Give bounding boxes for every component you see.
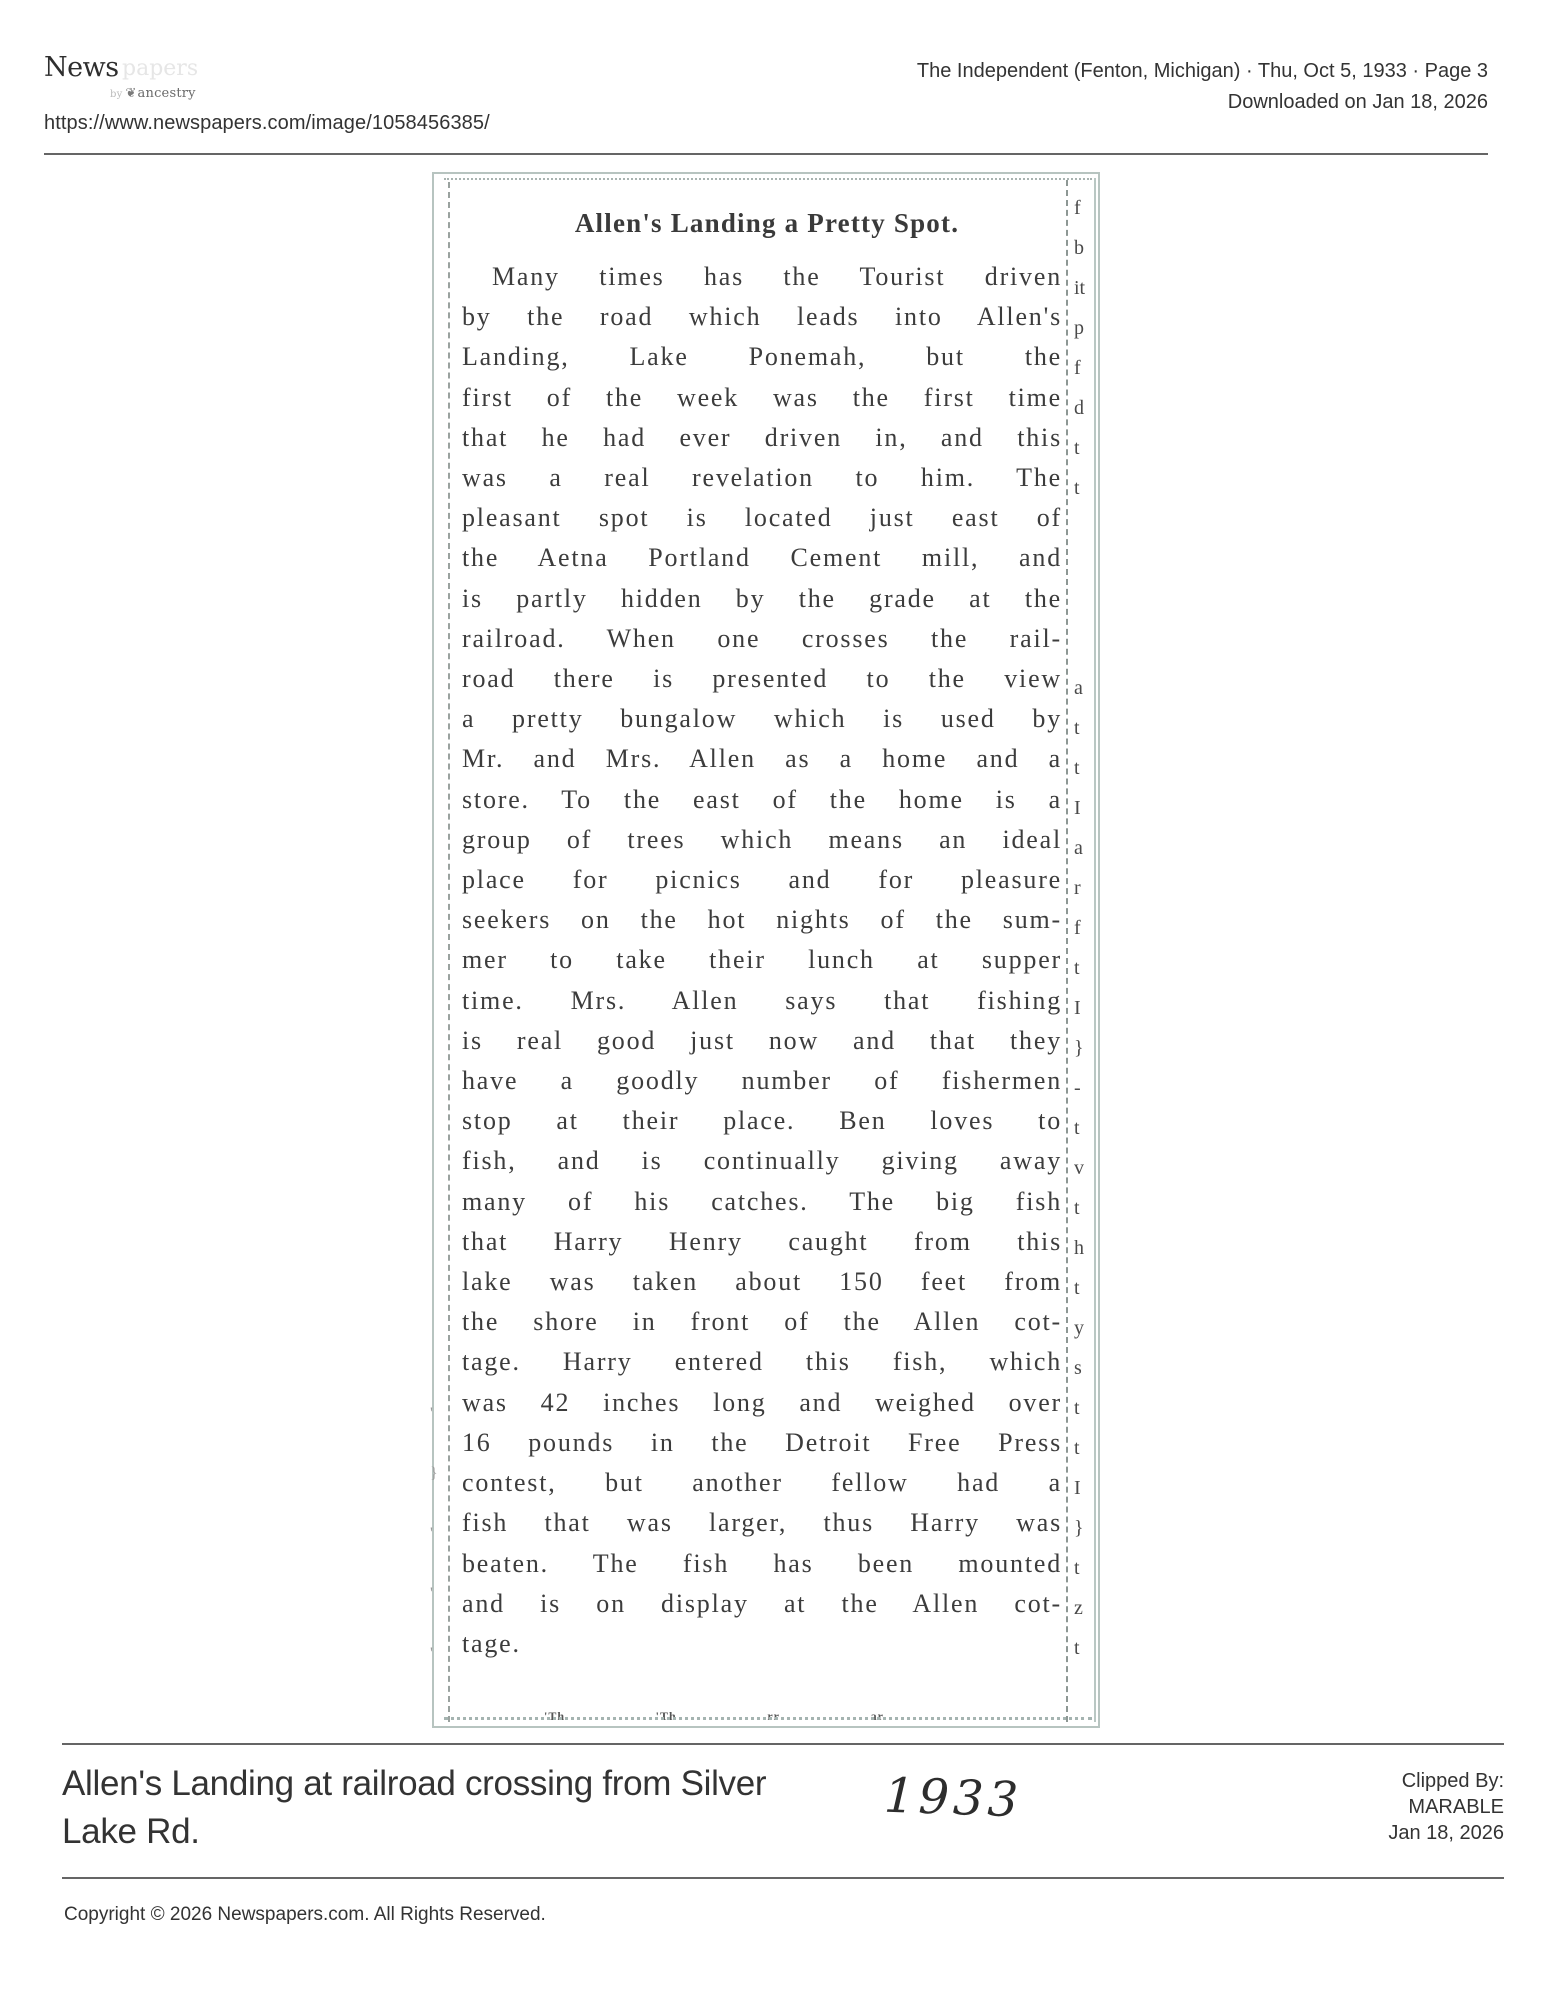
article-line: by the road which leads into Allen's (462, 297, 1062, 337)
article-line: Many times has the Tourist driven (462, 257, 1062, 297)
column-fragment: } (1074, 1508, 1092, 1548)
article-line: the shore in front of the Allen cot- (462, 1302, 1062, 1342)
logo-byline-prefix: by (110, 89, 122, 100)
adjacent-column-fragments: fbitpfdttattIarftI}-tvthtysttI}tzt (1074, 188, 1092, 1668)
edge-fragment: ' (430, 1504, 440, 1564)
newspapers-logo[interactable]: News papers by❦ancestry (44, 52, 244, 112)
article-line: beaten. The fish has been mounted (462, 1544, 1062, 1584)
clipping-caption: Allen's Landing at railroad crossing fro… (62, 1760, 782, 1856)
column-fragment: } (1074, 1028, 1092, 1068)
column-fragment: a (1074, 668, 1092, 708)
downloaded-date: Downloaded on Jan 18, 2026 (917, 87, 1488, 118)
article-line: tage. (462, 1624, 1062, 1664)
article: Allen's Landing a Pretty Spot. Many time… (462, 204, 1062, 1664)
newspaper-clipping: '}''' Allen's Landing a Pretty Spot. Man… (432, 172, 1100, 1728)
clipping-top-edge (444, 178, 1092, 180)
article-line: Mr. and Mrs. Allen as a home and a (462, 739, 1062, 779)
column-fragment: t (1074, 1188, 1092, 1228)
column-fragment: t (1074, 468, 1092, 508)
column-fragment (1074, 628, 1092, 668)
column-fragment: t (1074, 1428, 1092, 1468)
source-url[interactable]: https://www.newspapers.com/image/1058456… (44, 112, 490, 135)
article-line: have a goodly number of fishermen (462, 1061, 1062, 1101)
column-fragment: h (1074, 1228, 1092, 1268)
article-line: a pretty bungalow which is used by (462, 699, 1062, 739)
article-line: was a real revelation to him. The (462, 458, 1062, 498)
column-fragment: s (1074, 1348, 1092, 1388)
column-fragment: f (1074, 908, 1092, 948)
article-line: fish that was larger, thus Harry was (462, 1503, 1062, 1543)
article-line: that he had ever driven in, and this (462, 418, 1062, 458)
edge-fragment: ' (430, 1564, 440, 1624)
handwritten-year-note: 1933 (883, 1768, 1023, 1829)
edge-fragment: } (430, 1444, 440, 1504)
article-line: seekers on the hot nights of the sum- (462, 900, 1062, 940)
column-fragment (1074, 508, 1092, 548)
article-line: railroad. When one crosses the rail- (462, 619, 1062, 659)
article-line: road there is presented to the view (462, 659, 1062, 699)
article-line: and is on display at the Allen cot- (462, 1584, 1062, 1624)
article-line: stop at their place. Ben loves to (462, 1101, 1062, 1141)
column-fragment: t (1074, 748, 1092, 788)
publication-line: The Independent (Fenton, Michigan) · Thu… (917, 56, 1488, 87)
article-line: is partly hidden by the grade at the (462, 579, 1062, 619)
left-column-fragments: '}''' (430, 1384, 440, 1684)
column-fragment: I (1074, 1468, 1092, 1508)
logo-byline-brand: ancestry (138, 86, 196, 101)
column-fragment: t (1074, 1388, 1092, 1428)
article-line: lake was taken about 150 feet from (462, 1262, 1062, 1302)
column-fragment (1074, 548, 1092, 588)
article-line: many of his catches. The big fish (462, 1182, 1062, 1222)
column-fragment: f (1074, 348, 1092, 388)
article-line: 16 pounds in the Detroit Free Press (462, 1423, 1062, 1463)
logo-byline: by❦ancestry (110, 86, 196, 101)
article-line: tage. Harry entered this fish, which (462, 1342, 1062, 1382)
column-fragment: f (1074, 188, 1092, 228)
column-fragment: b (1074, 228, 1092, 268)
header-divider (44, 153, 1488, 155)
article-line: that Harry Henry caught from this (462, 1222, 1062, 1262)
article-line: mer to take their lunch at supper (462, 940, 1062, 980)
ancestry-leaf-icon: ❦ (125, 86, 136, 101)
column-fragment: - (1074, 1068, 1092, 1108)
column-fragment: d (1074, 388, 1092, 428)
column-fragment: t (1074, 1108, 1092, 1148)
clipped-by-info: Clipped By: MARABLE Jan 18, 2026 (1388, 1768, 1504, 1846)
edge-fragment: ' (430, 1624, 440, 1684)
column-fragment: r (1074, 868, 1092, 908)
article-line: store. To the east of the home is a (462, 780, 1062, 820)
article-line: was 42 inches long and weighed over (462, 1383, 1062, 1423)
clipped-by-label: Clipped By: (1388, 1768, 1504, 1794)
column-fragment (1074, 588, 1092, 628)
column-fragment: t (1074, 1268, 1092, 1308)
article-line: place for picnics and for pleasure (462, 860, 1062, 900)
publication-info: The Independent (Fenton, Michigan) · Thu… (917, 56, 1488, 118)
column-fragment: I (1074, 988, 1092, 1028)
column-fragment: t (1074, 708, 1092, 748)
article-line: group of trees which means an ideal (462, 820, 1062, 860)
clipped-by-user[interactable]: MARABLE (1388, 1794, 1504, 1820)
column-fragment: I (1074, 788, 1092, 828)
column-fragment: p (1074, 308, 1092, 348)
clipping-left-column-rule (448, 182, 450, 1722)
article-line: the Aetna Portland Cement mill, and (462, 538, 1062, 578)
article-line: Landing, Lake Ponemah, but the (462, 337, 1062, 377)
article-line: fish, and is continually giving away (462, 1141, 1062, 1181)
clipped-date: Jan 18, 2026 (1388, 1820, 1504, 1846)
column-fragment: it (1074, 268, 1092, 308)
column-fragment: t (1074, 948, 1092, 988)
column-fragment: z (1074, 1588, 1092, 1628)
article-line: is real good just now and that they (462, 1021, 1062, 1061)
column-fragment: t (1074, 1628, 1092, 1668)
article-body: Many times has the Tourist drivenby the … (462, 257, 1062, 1664)
article-line: first of the week was the first time (462, 378, 1062, 418)
caption-top-divider (62, 1743, 1504, 1745)
column-fragment: t (1074, 1548, 1092, 1588)
column-fragment: v (1074, 1148, 1092, 1188)
clipping-column-rule (1066, 180, 1068, 1722)
logo-wordmark-faded: papers (122, 56, 198, 81)
logo-wordmark: News (44, 52, 119, 83)
column-fragment: t (1074, 428, 1092, 468)
footer-divider (62, 1877, 1504, 1879)
article-line: pleasant spot is located just east of (462, 498, 1062, 538)
clipping-right-edge (1094, 178, 1096, 1722)
clipping-bottom-edge (444, 1717, 1092, 1720)
edge-fragment: ' (430, 1384, 440, 1444)
column-fragment: y (1074, 1308, 1092, 1348)
copyright-notice: Copyright © 2026 Newspapers.com. All Rig… (64, 1904, 546, 1926)
column-fragment: a (1074, 828, 1092, 868)
article-headline: Allen's Landing a Pretty Spot. (462, 208, 1062, 239)
article-line: contest, but another fellow had a (462, 1463, 1062, 1503)
article-line: time. Mrs. Allen says that fishing (462, 981, 1062, 1021)
